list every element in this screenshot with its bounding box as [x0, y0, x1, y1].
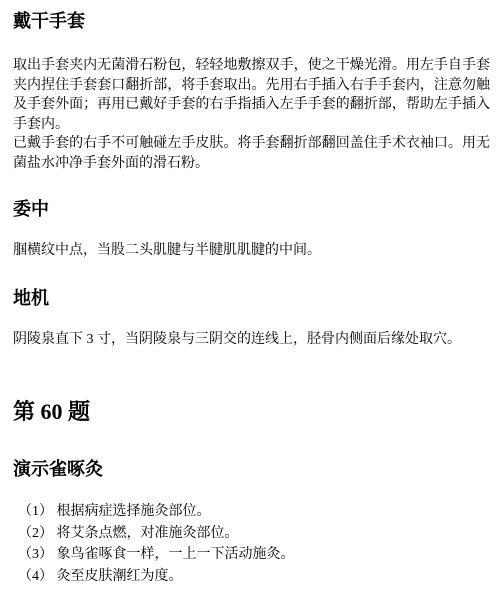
paragraph-weizhong-location: 腘横纹中点，当股二头肌腱与半腱肌肌腱的中间。	[13, 241, 490, 261]
step-item-4: （4） 灸至皮肤潮红为度。	[18, 566, 490, 588]
section-heading-weizhong: 委中	[13, 197, 490, 221]
section-heading-dry-gloves: 戴干手套	[13, 9, 490, 33]
document-page: 戴干手套 取出手套夹内无菌滑石粉包，轻轻地敷擦双手，使之干燥光滑。用左手自手套夹…	[0, 0, 498, 609]
moxibustion-steps-list: （1） 根据病症选择施灸部位。 （2） 将艾条点燃，对准施灸部位。 （3） 象鸟…	[13, 501, 490, 587]
section-heading-diji: 地机	[13, 286, 490, 310]
paragraph-diji-location: 阴陵泉直下 3 寸，当阴陵泉与三阴交的连线上，胫骨内侧面后缘处取穴。	[13, 330, 490, 350]
glove-procedure-text-1: 取出手套夹内无菌滑石粉包，轻轻地敷擦双手，使之干燥光滑。用左手自手套夹内捏住手套…	[13, 58, 490, 132]
question-subheading-moxibustion: 演示雀啄灸	[13, 457, 490, 481]
paragraph-glove-procedure: 取出手套夹内无菌滑石粉包，轻轻地敷擦双手，使之干燥光滑。用左手自手套夹内捏住手套…	[13, 56, 490, 173]
step-item-1: （1） 根据病症选择施灸部位。	[18, 501, 490, 523]
step-item-3: （3） 象鸟雀啄食一样，一上一下活动施灸。	[18, 544, 490, 566]
step-item-2: （2） 将艾条点燃，对准施灸部位。	[18, 523, 490, 545]
glove-procedure-text-2: 已戴手套的右手不可触碰左手皮肤。将手套翻折部翻回盖住手术衣袖口。用无菌盐水冲净手…	[13, 136, 490, 171]
question-number-heading: 第 60 题	[13, 398, 490, 426]
